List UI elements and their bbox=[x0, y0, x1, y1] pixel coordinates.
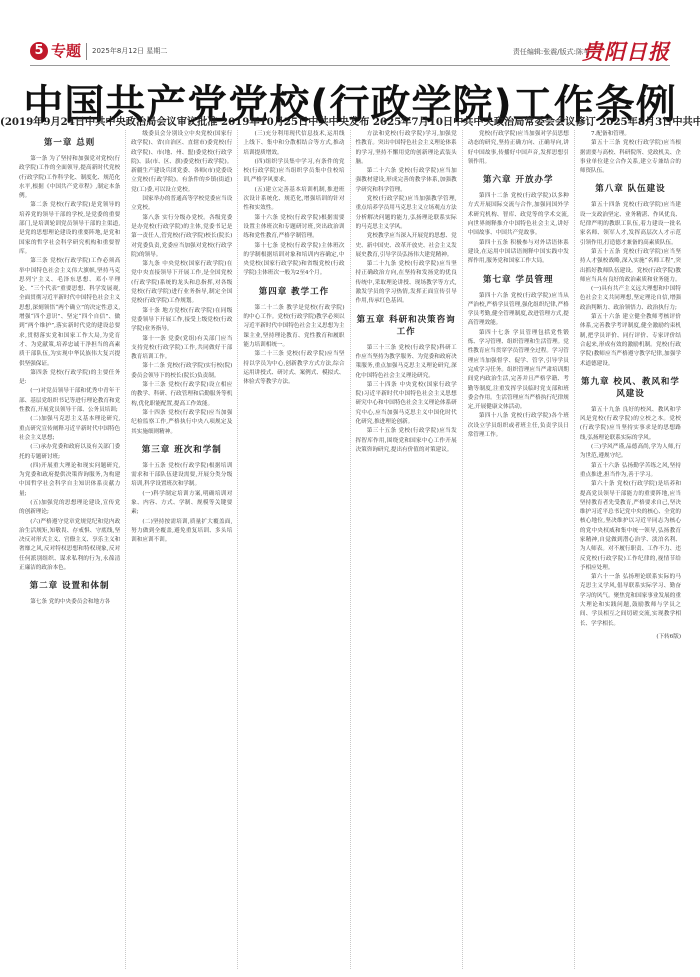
article-paragraph: 第十七条 党校(行政学院)主体班次的学制根据培训对象和培训内容确定,中央党校(国… bbox=[243, 242, 344, 279]
chapter-heading: 第七章 学员管理 bbox=[468, 273, 569, 285]
text-column: (三)充分利用现代信息技术,运用线上线下、集中和分散相结合等方式,推动培训提质增… bbox=[238, 130, 350, 969]
article-paragraph: (四)开展重大理论和现实问题研究,为党委和政府提供决策咨询服务,为构建中国哲学社… bbox=[19, 462, 120, 499]
article-paragraph: (五)加强党的思想理论建设,宣传党的创新理论; bbox=[19, 499, 120, 518]
text-column: 党校(行政学院)应当加强对学员思想动态的研究,坚持正确方向、正确导向,讲好中国故… bbox=[463, 130, 575, 969]
text-column: 级委员会分别设立中央党校(国家行政学院)、省(自治区、直辖市)委党校(行政学院)… bbox=[126, 130, 238, 969]
article-paragraph: 第六十一条 弘扬理论联系实际的马克思主义学风,倡导联系实际学习、勤奋学习的风气。… bbox=[580, 573, 681, 629]
article-paragraph: 第一条 为了坚持和加强党对党校(行政学院)工作的全面领导,提高新时代党校(行政学… bbox=[19, 155, 120, 201]
article-paragraph: 级委员会分别设立中央党校(国家行政学院)、省(自治区、直辖市)委党校(行政学院)… bbox=[131, 130, 232, 195]
chapter-heading: 第一章 总则 bbox=[19, 136, 120, 148]
article-paragraph: 方法和党校(行政学院)学习,加强党性教育。突出中国特色社会主义理论体系的学习,坚… bbox=[356, 130, 457, 167]
article-paragraph: 第七条 党的中央委员会和地方各 bbox=[19, 598, 120, 607]
article-paragraph: 第四十七条 学员管理包括党性锻炼、学习管理、组织管理和生活管理。党性教育应当贯穿… bbox=[468, 329, 569, 413]
article-paragraph: 第五十四条 党校(行政学院)应当建设一支政治坚定、业务精湛、作风优良、纪律严明的… bbox=[580, 201, 681, 247]
article-paragraph: 第五十六条 建立健全教师考核评价体系,完善教学考评制度,健全激励约束机制,把学员… bbox=[580, 313, 681, 369]
article-paragraph: (六)严格遵守党章党规党纪和党内政治生活规矩,知敬畏、存戒惧、守底线,坚决反对形… bbox=[19, 518, 120, 574]
article-paragraph: 第十一条 党委(党组)有关部门应当支持党校(行政学院)工作,共同做好干部教育培训… bbox=[131, 335, 232, 363]
chapter-heading: 第五章 科研和决策咨询工作 bbox=[356, 313, 457, 337]
article-paragraph: 第五十九条 良好的校风、教风和学风是党校(行政学院)的立校之本。党校(行政学院)… bbox=[580, 406, 681, 443]
article-paragraph: 第十四条 党校(行政学院)应当加强纪检监察工作,严格执行中央八项规定及其实施细则… bbox=[131, 409, 232, 437]
article-paragraph: (二)坚持按需培训,质量扩大覆盖面,努力做到全覆盖,避免重复培训、多头培训和应训… bbox=[131, 518, 232, 546]
article-paragraph: (二)加强马克思主义基本理论研究,重点研究宣传阐释习近平新时代中国特色社会主义思… bbox=[19, 415, 120, 443]
masthead: 5 专题 2025年8月12日 星期二 责任编辑:张震/版式:陈苇 贵阳日报 bbox=[30, 42, 670, 66]
newspaper-logo: 贵阳日报 bbox=[582, 36, 670, 66]
text-column: 7.配备和管理。第五十三条 党校(行政学院)应当根据需要与高校、科研院所、党政机… bbox=[575, 130, 686, 969]
article-paragraph: (一)科学制定培训方案,明确培训对象、内容、方式、学制、规模等关键要素; bbox=[131, 490, 232, 518]
article-paragraph: 第二十六条 党校(行政学院)应当加强教材建设,形成完善的教学体系,加强教学研究和… bbox=[356, 167, 457, 195]
article-paragraph: 第二十九条 党校(行政学院)应当坚持正确政治方向,在坚持和发扬党的优良传统中,采… bbox=[356, 260, 457, 306]
article-paragraph: (三)充分利用现代信息技术,运用线上线下、集中和分散相结合等方式,推动培训提质增… bbox=[243, 130, 344, 158]
chapter-heading: 第六章 开放办学 bbox=[468, 173, 569, 185]
article-paragraph: 第五十六条 弘扬勤学苦练之风,坚持重点推进,担当作为,善于学习。 bbox=[580, 462, 681, 481]
article-paragraph: 第二十三条 党校(行政学院)应当坚持以学员为中心,创新教学方式方法,综合运用讲授… bbox=[243, 350, 344, 387]
article-columns: 第一章 总则第一条 为了坚持和加强党对党校(行政学院)工作的全面领导,提高新时代… bbox=[14, 130, 686, 969]
text-column: 方法和党校(行政学院)学习,加强党性教育。突出中国特色社会主义理论体系的学习,坚… bbox=[351, 130, 463, 969]
article-paragraph: 第二十二条 教学是党校(行政学院)的中心工作。党校(行政学院)教学必须以习近平新… bbox=[243, 304, 344, 350]
article-paragraph: (五)建立完善基本培训机制,推进班次设计系统化、规范化,增强培训的针对性和实效性… bbox=[243, 186, 344, 214]
article-paragraph: 第十三条 党校(行政学院)设立相应的教学、科研、行政管理和后勤服务等机构,优化职… bbox=[131, 381, 232, 409]
chapter-heading: 第三章 班次和学制 bbox=[131, 443, 232, 455]
article-paragraph: 第四十二条 党校(行政学院)以多种方式开展国际交流与合作,加强同国外学术研究机构… bbox=[468, 192, 569, 238]
article-subtitle: (2019年9月24日中共中央政治局会议审议批准 2019年10月25日中共中央… bbox=[0, 113, 700, 128]
article-paragraph: (四)组织学员集中学习,有条件的党校(行政学院)应当组织学员集中住校培训,严格学… bbox=[243, 158, 344, 186]
article-paragraph: 第八条 实行分级办党校。各级党委是办党校(行政学院)的主体,党委书记是第一责任人… bbox=[131, 214, 232, 260]
article-paragraph: 党校(行政学院)应当加强教学管理,重点培养学员用马克思主义立场观点方法分析解决问… bbox=[356, 195, 457, 232]
article-paragraph: 第四十五条 积极参与对外话语体系建设,在运用中国话语阐释中国实践中发挥作用,服务… bbox=[468, 239, 569, 267]
chapter-heading: 第二章 设置和体制 bbox=[19, 579, 120, 591]
masthead-divider bbox=[86, 43, 87, 60]
text-column: 第一章 总则第一条 为了坚持和加强党对党校(行政学院)工作的全面领导,提高新时代… bbox=[14, 130, 126, 969]
article-paragraph: 7.配备和管理。 bbox=[580, 130, 681, 139]
continued-on-page-note: (下转6版) bbox=[580, 632, 681, 640]
article-paragraph: 第十二条 党校(行政学院)实行校(院)委员会领导下的校长(院长)负责制。 bbox=[131, 362, 232, 381]
article-paragraph: 第二条 党校(行政学院)是党领导的培养党的领导干部的学校,是党委的重要部门,是培… bbox=[19, 201, 120, 257]
article-paragraph: 党校教学应当深入开展党的思想、党史、新中国史、改革开放史、社会主义发展史教育,引… bbox=[356, 232, 457, 260]
article-paragraph: 第四十八条 党校(行政学院)各个班次设立学员组织或者班主任,负责学员日常管理工作… bbox=[468, 412, 569, 440]
chapter-heading: 第四章 教学工作 bbox=[243, 285, 344, 297]
article-paragraph: 第三十四条 中央党校(国家行政学院)习近平新时代中国特色社会主义思想研究中心和中… bbox=[356, 381, 457, 427]
issue-date: 2025年8月12日 星期二 bbox=[92, 46, 167, 56]
article-paragraph: (三)学风严谨,品德高尚,学为人师,行为世范,遵规守纪。 bbox=[580, 443, 681, 462]
article-paragraph: 第五十三条 党校(行政学院)应当根据需要与高校、科研院所、党政机关、企事业单位建… bbox=[580, 139, 681, 176]
article-paragraph: 第三十五条 党校(行政学院)应当发挥智库作用,围绕党和国家中心工作开展决策咨询研… bbox=[356, 427, 457, 455]
article-paragraph: (一)对党员领导干部和优秀中青年干部、基层党组织书记等进行理论教育和党性教育,开… bbox=[19, 387, 120, 415]
article-paragraph: 第三十三条 党校(行政学院)科研工作应当坚持为教学服务、为党委和政府决策服务,重… bbox=[356, 344, 457, 381]
article-paragraph: 第五十五条 党校(行政学院)应当坚持人才强校战略,深入实施“名师工程”,突出抓好… bbox=[580, 248, 681, 285]
article-paragraph: 第十条 地方党校(行政学院)在同级党委领导下开展工作,接受上级党校(行政学院)业… bbox=[131, 307, 232, 335]
section-name: 专题 bbox=[51, 42, 81, 60]
chapter-heading: 第八章 队伍建设 bbox=[580, 182, 681, 194]
article-paragraph: 国家举办的普通高等学校党委应当设立党校。 bbox=[131, 195, 232, 214]
editors-credit: 责任编辑:张震/版式:陈苇 bbox=[513, 47, 590, 57]
article-paragraph: 第十六条 党校(行政学院)根据需要设置主体班次和专题研讨班,突出政治训练和党性教… bbox=[243, 214, 344, 242]
article-paragraph: (一)具有共产主义远大理想和中国特色社会主义共同理想,坚定理论自信,增强政治判断… bbox=[580, 285, 681, 313]
page-number-badge: 5 bbox=[30, 42, 48, 60]
article-paragraph: 第十五条 党校(行政学院)根据培训需求和干部队伍建设需要,开展分类分级培训,科学… bbox=[131, 462, 232, 490]
chapter-heading: 第九章 校风、教风和学风建设 bbox=[580, 375, 681, 399]
article-paragraph: 第九条 中央党校(国家行政学院)在党中央直接领导下开展工作,是全国党校(行政学院… bbox=[131, 260, 232, 306]
article-paragraph: 第三条 党校(行政学院)工作必须高举中国特色社会主义伟大旗帜,坚持马克思列宁主义… bbox=[19, 257, 120, 369]
article-paragraph: 党校(行政学院)应当加强对学员思想动态的研究,坚持正确方向、正确导向,讲好中国故… bbox=[468, 130, 569, 167]
article-paragraph: 第四条 党校(行政学院)的主要任务是: bbox=[19, 369, 120, 388]
article-paragraph: 第六十条 党校(行政学院)是培养和提高党员领导干部能力的重要阵地,应当坚持教育者… bbox=[580, 480, 681, 573]
article-paragraph: 第四十六条 党校(行政学院)应当从严治校,严格学员管理,强化组织纪律,严格学员考… bbox=[468, 292, 569, 329]
article-paragraph: (三)承办党委和政府以及有关部门委托的专题研讨班; bbox=[19, 443, 120, 462]
